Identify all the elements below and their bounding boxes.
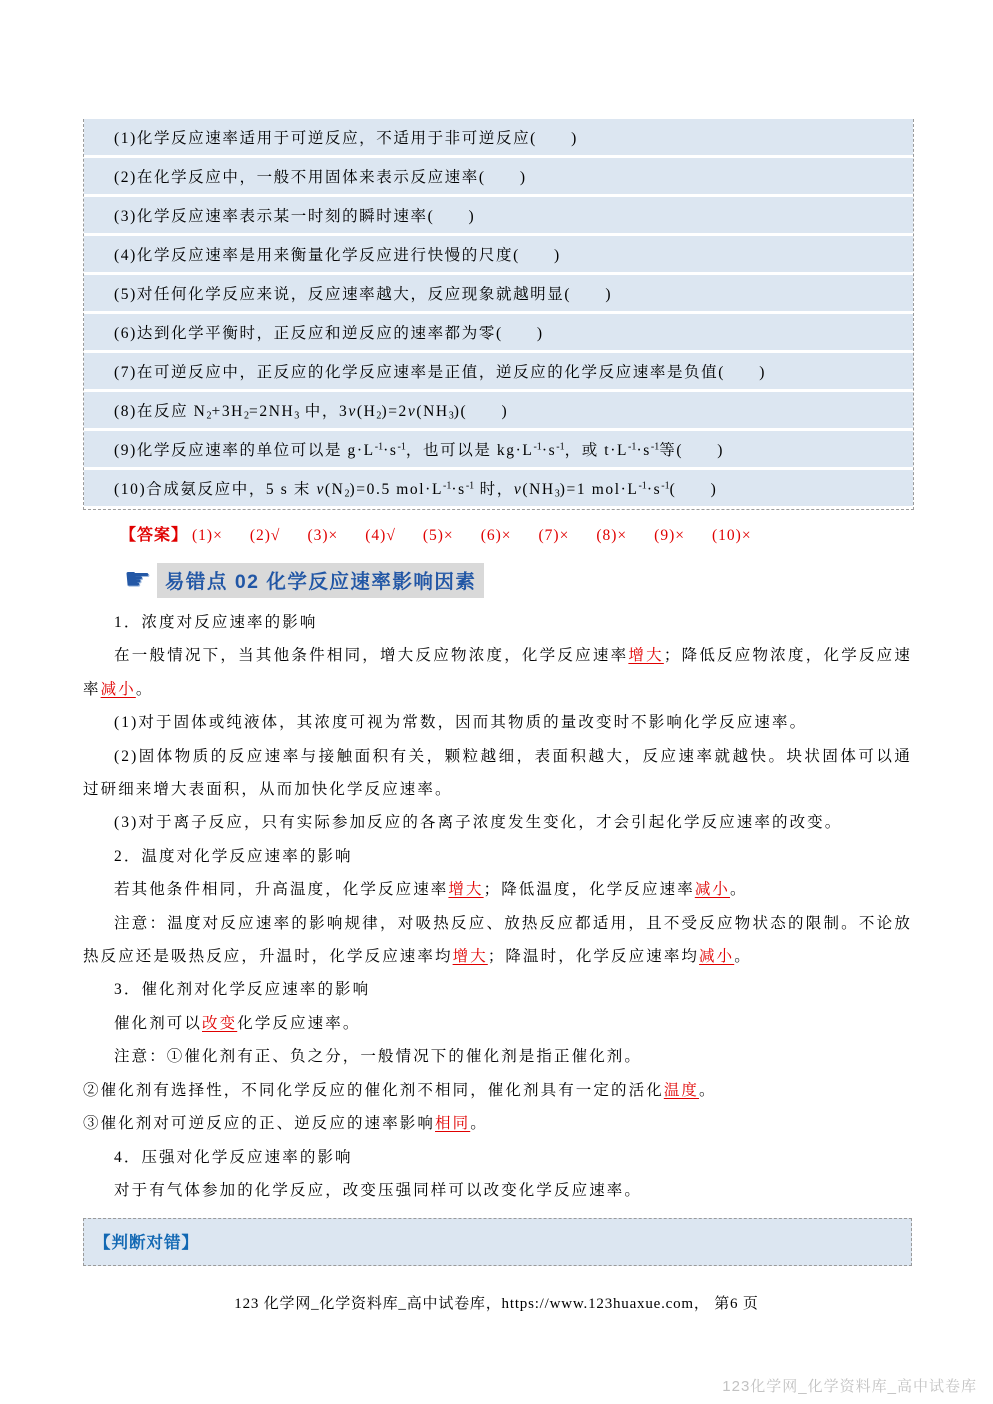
- judge-box: 【判断对错】: [83, 1218, 912, 1266]
- answer-item: (4)√: [365, 527, 396, 544]
- paragraph: 对于有气体参加的化学反应，改变压强同样可以改变化学反应速率。: [83, 1174, 912, 1207]
- table-row: (8)在反应 N2+3H2=2NH3 中，3v(H2)=2v(NH3)( ): [84, 392, 913, 428]
- statement-text: (1)化学反应速率适用于可逆反应，不适用于非可逆反应( ): [114, 126, 578, 148]
- pointing-hand-icon: ☛: [124, 565, 151, 595]
- page-footer: 123 化学网_化学资料库_高中试卷库，https://www.123huaxu…: [0, 1292, 993, 1313]
- answers-label: 【答案】: [120, 527, 188, 544]
- answer-item: (10)×: [712, 527, 752, 544]
- paragraph: 催化剂可以改变化学反应速率。: [83, 1007, 912, 1040]
- table-row: (6)达到化学平衡时，正反应和逆反应的速率都为零( ): [84, 314, 913, 350]
- table-row: (5)对任何化学反应来说，反应速率越大，反应现象就越明显( ): [84, 275, 913, 311]
- paragraph: 1．浓度对反应速率的影响: [83, 606, 912, 639]
- paragraph: 若其他条件相同，升高温度，化学反应速率增大；降低温度，化学反应速率减小。: [83, 873, 912, 906]
- statement-text: (3)化学反应速率表示某一时刻的瞬时速率( ): [114, 204, 475, 226]
- paragraph: 注意：温度对反应速率的影响规律，对吸热反应、放热反应都适用，且不受反应物状态的限…: [83, 907, 912, 974]
- answer-item: (6)×: [481, 527, 512, 544]
- section-title: 易错点 02 化学反应速率影响因素: [157, 563, 485, 598]
- statement-text: (4)化学反应速率是用来衡量化学反应进行快慢的尺度( ): [114, 243, 561, 265]
- answer-item: (7)×: [539, 527, 570, 544]
- footer-page-number: ， 第6 页: [694, 1296, 759, 1312]
- paragraph: (3)对于离子反应，只有实际参加反应的各离子浓度发生变化，才会引起化学反应速率的…: [83, 806, 912, 839]
- answer-item: (1)×: [192, 527, 223, 544]
- paragraph: ③催化剂对可逆反应的正、逆反应的速率影响相同。: [83, 1107, 912, 1140]
- statement-text: (6)达到化学平衡时，正反应和逆反应的速率都为零( ): [114, 321, 544, 343]
- judge-box-label: 【判断对错】: [94, 1234, 199, 1252]
- table-row: (9)化学反应速率的单位可以是 g·L-1·s-1，也可以是 kg·L-1·s-…: [84, 431, 913, 467]
- section-header: ☛ 易错点 02 化学反应速率影响因素: [124, 560, 484, 600]
- statement-text: (9)化学反应速率的单位可以是 g·L-1·s-1，也可以是 kg·L-1·s-…: [114, 438, 724, 460]
- footer-url-link[interactable]: https://www.123huaxue.com: [502, 1296, 694, 1312]
- footer-site-text: 123 化学网_化学资料库_高中试卷库，: [234, 1296, 501, 1312]
- paragraph: 注意：①催化剂有正、负之分，一般情况下的催化剂是指正催化剂。: [83, 1040, 912, 1073]
- answer-item: (2)√: [250, 527, 281, 544]
- paragraph: (2)固体物质的反应速率与接触面积有关，颗粒越细，表面积越大，反应速率就越快。块…: [83, 740, 912, 807]
- paragraph: 3．催化剂对化学反应速率的影响: [83, 973, 912, 1006]
- paragraph: 2．温度对化学反应速率的影响: [83, 840, 912, 873]
- document-page: (1)化学反应速率适用于可逆反应，不适用于非可逆反应( ) (2)在化学反应中，…: [0, 0, 993, 1404]
- statement-text: (5)对任何化学反应来说，反应速率越大，反应现象就越明显( ): [114, 282, 612, 304]
- paragraph: ②催化剂有选择性，不同化学反应的催化剂不相同，催化剂具有一定的活化温度。: [83, 1074, 912, 1107]
- table-row: (1)化学反应速率适用于可逆反应，不适用于非可逆反应( ): [84, 119, 913, 155]
- answer-item: (5)×: [423, 527, 454, 544]
- table-row: (3)化学反应速率表示某一时刻的瞬时速率( ): [84, 197, 913, 233]
- watermark: 123化学网_化学资料库_高中试卷库: [722, 1375, 977, 1396]
- paragraph: (1)对于固体或纯液体，其浓度可视为常数，因而其物质的量改变时不影响化学反应速率…: [83, 706, 912, 739]
- statements-table: (1)化学反应速率适用于可逆反应，不适用于非可逆反应( ) (2)在化学反应中，…: [83, 119, 914, 510]
- answer-item: (9)×: [654, 527, 685, 544]
- section-content: 1．浓度对反应速率的影响 在一般情况下，当其他条件相同，增大反应物浓度，化学反应…: [83, 606, 912, 1207]
- table-row: (2)在化学反应中，一般不用固体来表示反应速率( ): [84, 158, 913, 194]
- table-row: (4)化学反应速率是用来衡量化学反应进行快慢的尺度( ): [84, 236, 913, 272]
- statement-text: (8)在反应 N2+3H2=2NH3 中，3v(H2)=2v(NH3)( ): [114, 399, 508, 422]
- table-row: (7)在可逆反应中，正反应的化学反应速率是正值，逆反应的化学反应速率是负值( ): [84, 353, 913, 389]
- paragraph: 4．压强对化学反应速率的影响: [83, 1141, 912, 1174]
- statement-text: (7)在可逆反应中，正反应的化学反应速率是正值，逆反应的化学反应速率是负值( ): [114, 360, 766, 382]
- statement-text: (2)在化学反应中，一般不用固体来表示反应速率( ): [114, 165, 527, 187]
- paragraph: 在一般情况下，当其他条件相同，增大反应物浓度，化学反应速率增大；降低反应物浓度，…: [83, 639, 912, 706]
- answers-line: 【答案】(1)×(2)√(3)×(4)√(5)×(6)×(7)×(8)×(9)×…: [120, 522, 920, 545]
- table-row: (10)合成氨反应中，5 s 末 v(N2)=0.5 mol·L-1·s-1 时…: [84, 470, 913, 506]
- statement-text: (10)合成氨反应中，5 s 末 v(N2)=0.5 mol·L-1·s-1 时…: [114, 477, 717, 500]
- answer-item: (8)×: [596, 527, 627, 544]
- answer-item: (3)×: [307, 527, 338, 544]
